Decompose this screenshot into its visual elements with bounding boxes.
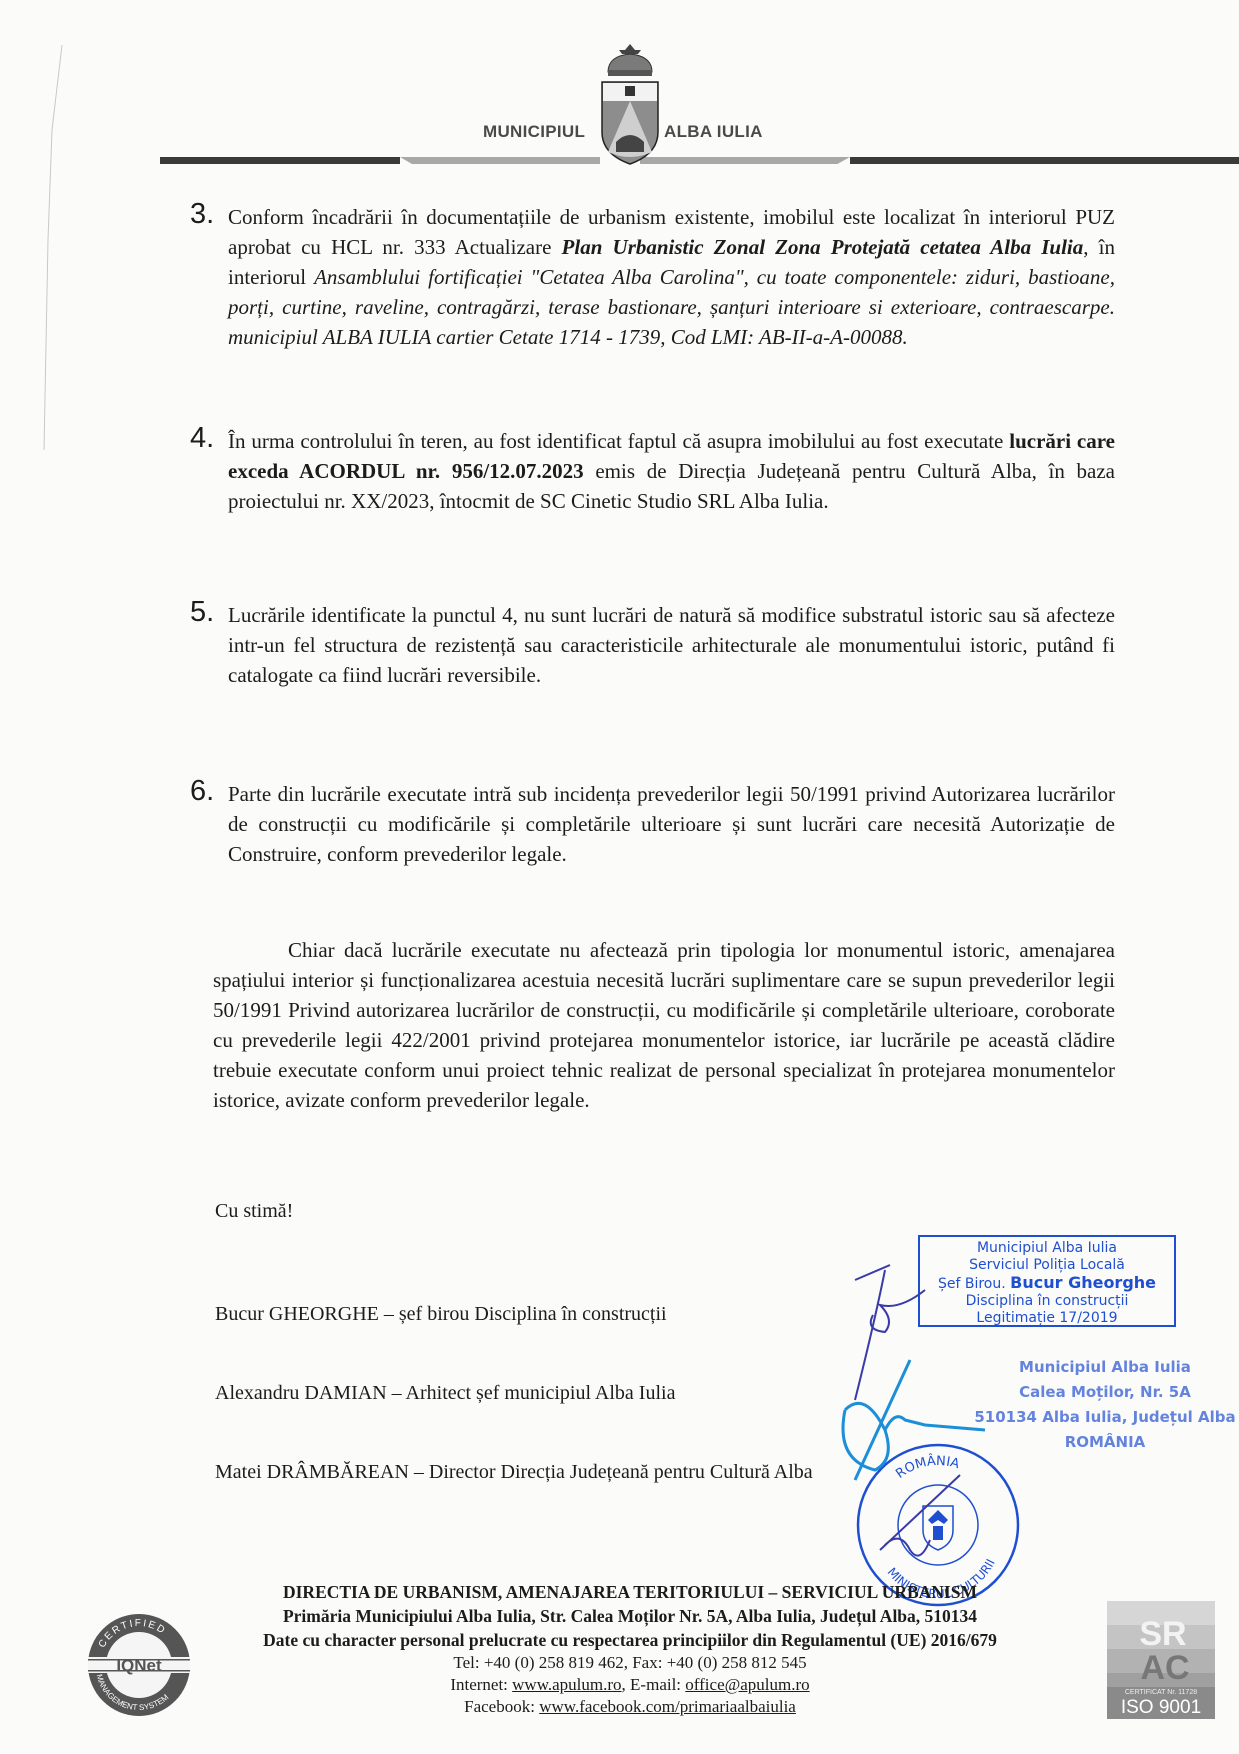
monument-description: Ansamblului fortificației "Cetatea Alba … [228, 265, 1115, 349]
paragraph-3: 3. Conform încadrării în documentațiile … [228, 202, 1115, 352]
letterhead: MUNICIPIUL ALBA IULIA [0, 0, 1239, 175]
svg-text:IQNet: IQNet [116, 1656, 162, 1675]
coat-of-arms-icon [598, 42, 662, 167]
svg-text:ROMÂNIA: ROMÂNIA [893, 1453, 961, 1482]
iqnet-certified-badge-icon: IQNet CERTIFIED MANAGEMENT SYSTEM [86, 1612, 192, 1718]
text: Lucrările identificate la punctul 4, nu … [228, 603, 1115, 687]
signatory-2: Alexandru DAMIAN – Arhitect șef municipi… [215, 1382, 675, 1405]
footer: DIRECTIA DE URBANISM, AMENAJAREA TERITOR… [180, 1580, 1080, 1718]
item-number: 4. [190, 423, 214, 453]
stamp-line: Legitimație 17/2019 [920, 1310, 1174, 1327]
header-rule [850, 157, 1239, 164]
svg-text:SR: SR [1139, 1615, 1186, 1653]
header-rule [400, 157, 600, 164]
puz-title: Plan Urbanistic Zonal Zona Protejată cet… [562, 235, 1084, 259]
paragraph-6: 6. Parte din lucrările executate intră s… [228, 779, 1115, 869]
label: , E-mail: [622, 1675, 686, 1694]
stamp-line: Municipiul Alba Iulia [920, 1240, 1174, 1257]
footer-internet: Internet: www.apulum.ro, E-mail: office@… [180, 1674, 1080, 1696]
signatory-3: Matei DRÂMBĂREAN – Director Direcția Jud… [215, 1461, 813, 1484]
stamp-line: Disciplina în construcții [920, 1293, 1174, 1310]
signatory-1: Bucur GHEORGHE – șef birou Disciplina în… [215, 1303, 667, 1326]
stamp-line: 510134 Alba Iulia, Județul Alba [960, 1405, 1239, 1430]
footer-facebook: Facebook: www.facebook.com/primariaalbai… [180, 1696, 1080, 1718]
email-link[interactable]: office@apulum.ro [685, 1675, 809, 1694]
header-rule [640, 157, 850, 164]
svg-text:AC: AC [1140, 1649, 1189, 1687]
header-rule [160, 157, 400, 164]
footer-gdpr-notice: Date cu character personal prelucrate cu… [180, 1628, 1080, 1652]
text: În urma controlului în teren, au fost id… [228, 429, 1009, 453]
svg-text:CERTIFICAT Nr. 11728: CERTIFICAT Nr. 11728 [1125, 1689, 1197, 1696]
footer-phone-fax: Tel: +40 (0) 258 819 462, Fax: +40 (0) 2… [180, 1652, 1080, 1674]
paragraph-5: 5. Lucrările identificate la punctul 4, … [228, 600, 1115, 690]
svg-text:ISO 9001: ISO 9001 [1121, 1697, 1201, 1718]
stamp-name: Bucur Gheorghe [1010, 1273, 1156, 1292]
label: Facebook: [464, 1697, 539, 1716]
letterhead-alba-iulia: ALBA IULIA [664, 122, 763, 142]
website-link[interactable]: www.apulum.ro [512, 1675, 621, 1694]
stamp-line: Calea Moților, Nr. 5A [960, 1380, 1239, 1405]
paragraph-4: 4. În urma controlului în teren, au fost… [228, 426, 1115, 516]
stamp-line: Municipiul Alba Iulia [960, 1355, 1239, 1380]
police-stamp: Municipiul Alba Iulia Serviciul Poliția … [918, 1235, 1176, 1327]
facebook-link[interactable]: www.facebook.com/primariaalbaiulia [539, 1697, 796, 1716]
srac-logo-icon: SR AC CERTIFICAT Nr. 11728 ISO 9001 [1107, 1601, 1215, 1719]
label: Internet: [450, 1675, 512, 1694]
conclusion-paragraph: Chiar dacă lucrările executate nu afecte… [213, 935, 1115, 1115]
item-number: 6. [190, 776, 214, 806]
item-number: 3. [190, 199, 214, 229]
text: Parte din lucrările executate intră sub … [228, 782, 1115, 866]
letterhead-municipiul: MUNICIPIUL [483, 122, 585, 142]
stamp-line: Serviciul Poliția Locală [920, 1257, 1174, 1274]
srac-iso-badge: SR AC CERTIFICAT Nr. 11728 ISO 9001 [1107, 1601, 1215, 1719]
stamp-title: Șef Birou. [938, 1276, 1010, 1292]
footer-address: Primăria Municipiului Alba Iulia, Str. C… [180, 1604, 1080, 1628]
footer-department: DIRECTIA DE URBANISM, AMENAJAREA TERITOR… [180, 1580, 1080, 1604]
closing-salutation: Cu stimă! [215, 1200, 293, 1223]
item-number: 5. [190, 597, 214, 627]
stamp-line: Șef Birou. Bucur Gheorghe [920, 1274, 1174, 1293]
